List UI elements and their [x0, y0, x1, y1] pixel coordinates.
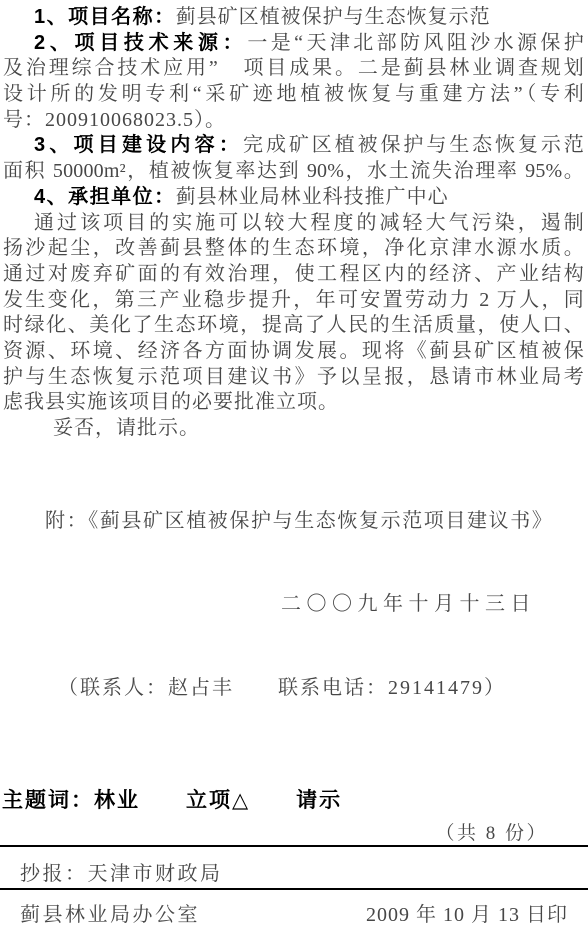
body-text: 蓟县矿区植被保护与生态恢复示范	[176, 6, 491, 28]
item-2-label: 2、项目技术来源：	[34, 32, 247, 54]
body-line: 资源、环境、经济各方面协调发展。现将《蓟县矿区植被保	[3, 339, 584, 365]
body-text: 妥否，请批示。	[53, 417, 200, 439]
body-line: 虑我县实施该项目的必要批准立项。	[3, 390, 584, 416]
item-3-label: 3、项目建设内容：	[34, 134, 243, 156]
body-text: 护与生态恢复示范项目建议书》予以呈报，恳请市林业局考	[3, 366, 584, 388]
body-line: 及治理综合技术应用” 项目成果。二是蓟县林业调查规划	[3, 56, 584, 82]
body-line: 通过该项目的实施可以较大程度的减轻大气污染，遏制	[3, 211, 584, 237]
body-line: 3、项目建设内容：完成矿区植被保护与生态恢复示范	[3, 133, 584, 159]
body-text: 号：200910068023.5）。	[3, 109, 226, 131]
body-text: 完成矿区植被保护与生态恢复示范	[243, 134, 584, 156]
body-line: 设计所的发明专利“采矿迹地植被恢复与重建方法”（专利	[3, 82, 584, 108]
document-page: 1、项目名称：蓟县矿区植被保护与生态恢复示范 2、项目技术来源：一是“天津北部防…	[0, 0, 588, 934]
body-line: 4、承担单位：蓟县林业局林业科技推广中心	[3, 185, 584, 211]
body-text: 蓟县林业局林业科技推广中心	[176, 186, 449, 208]
body-line: 发生变化，第三产业稳步提升，年可安置劳动力 2 万人，同	[3, 288, 584, 314]
body-line: 2、项目技术来源：一是“天津北部防风阻沙水源保护	[3, 31, 584, 57]
body-text: 时绿化、美化了生态环境，提高了人民的生活质量，使人口、	[3, 314, 584, 336]
date-line: 二〇〇九年十月十三日	[281, 587, 536, 616]
item-1-label: 1、项目名称：	[34, 6, 176, 28]
body-line: 通过对废弃矿面的有效治理，使工程区内的经济、产业结构	[3, 262, 584, 288]
body-line: 扬沙起尘，改善蓟县整体的生态环境，净化京津水源水质。	[3, 236, 584, 262]
subject-keywords-line: 主题词：林业 立项△ 请示	[2, 784, 342, 814]
body-text: 虑我县实施该项目的必要批准立项。	[3, 391, 339, 413]
divider-bottom	[0, 888, 588, 890]
body-text: 通过该项目的实施可以较大程度的减轻大气污染，遏制	[34, 212, 584, 234]
issuer-office: 蓟县林业局办公室	[20, 898, 200, 927]
body-text: 及治理综合技术应用” 项目成果。二是蓟县林业调查规划	[3, 57, 584, 79]
cc-line: 抄报：天津市财政局	[20, 857, 223, 886]
body-line: 时绿化、美化了生态环境，提高了人民的生活质量，使人口、	[3, 313, 584, 339]
body-text: 扬沙起尘，改善蓟县整体的生态环境，净化京津水源水质。	[3, 237, 584, 259]
body-line: 护与生态恢复示范项目建议书》予以呈报，恳请市林业局考	[3, 365, 584, 391]
body-line: 妥否，请批示。	[3, 416, 584, 442]
attachment-line: 附：《蓟县矿区植被保护与生态恢复示范项目建议书》	[45, 504, 553, 533]
body-line: 面积 50000m²，植被恢复率达到 90%，水土流失治理率 95%。	[3, 159, 584, 185]
divider-top	[0, 845, 588, 847]
body-text: 资源、环境、经济各方面协调发展。现将《蓟县矿区植被保	[3, 340, 584, 362]
subject-terms: 林业 立项△ 请示	[94, 789, 342, 812]
body-text: 发生变化，第三产业稳步提升，年可安置劳动力 2 万人，同	[3, 289, 584, 311]
body-text: 通过对废弃矿面的有效治理，使工程区内的经济、产业结构	[3, 263, 584, 285]
body-text: 设计所的发明专利“采矿迹地植被恢复与重建方法”（专利	[3, 83, 584, 105]
contact-line: （联系人：赵占丰 联系电话：29141479）	[58, 671, 506, 700]
print-date: 2009 年 10 月 13 日印	[366, 898, 568, 927]
body-line: 1、项目名称：蓟县矿区植被保护与生态恢复示范	[3, 5, 584, 31]
item-4-label: 4、承担单位：	[34, 186, 176, 208]
body-text: 面积 50000m²，植被恢复率达到 90%，水土流失治理率 95%。	[3, 160, 584, 182]
body-line: 号：200910068023.5）。	[3, 108, 584, 134]
body-text: 一是“天津北部防风阻沙水源保护	[247, 32, 584, 54]
subject-label: 主题词：	[2, 789, 94, 812]
document-body: 1、项目名称：蓟县矿区植被保护与生态恢复示范 2、项目技术来源：一是“天津北部防…	[3, 5, 584, 442]
copies-count: （共 8 份）	[435, 818, 548, 845]
